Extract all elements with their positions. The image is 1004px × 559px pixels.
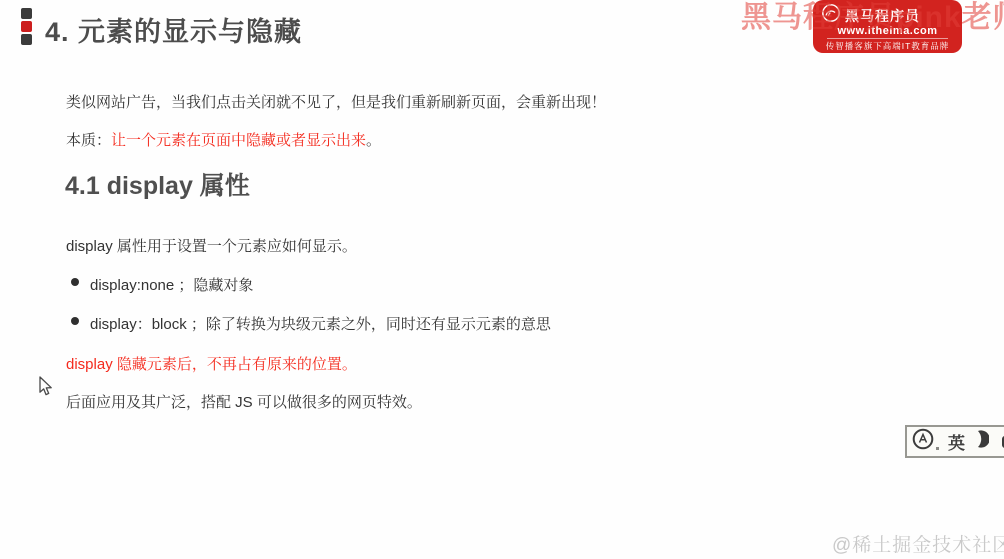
square-icon-middle (21, 21, 32, 32)
section-heading: 4.1 display 属性 (65, 166, 250, 202)
trademark-dot (936, 447, 939, 450)
brand-tagline: 传智播客旗下高端IT教育品牌 (813, 40, 962, 52)
page-title: 4. 元素的显示与隐藏 (45, 10, 302, 49)
badge-divider (827, 38, 948, 39)
intro-paragraph: 类似网站广告，当我们点击关闭就不见了，但是我们重新刷新页面，会重新出现！ (66, 91, 606, 112)
title-bullet-icon (21, 8, 32, 47)
bullet-dot (71, 317, 79, 325)
document-page: { "slide": { "title": "4. 元素的显示与隐藏", "in… (0, 0, 1004, 559)
outro-paragraph: 后面应用及其广泛，搭配 JS 可以做很多的网页特效。 (66, 391, 422, 412)
essence-paragraph: 本质：让一个元素在页面中隐藏或者显示出来。 (66, 129, 381, 150)
watermark-bottom: @稀土掘金技术社区 (832, 530, 1004, 557)
dictionary-app-icon[interactable] (912, 428, 934, 455)
display-note-red: display 隐藏元素后，不再占有原来的位置。 (66, 353, 357, 374)
square-icon-bottom (21, 34, 32, 45)
watermark-top: 黑马程序员pink老师 (741, 0, 1004, 36)
essence-period: 。 (366, 132, 381, 149)
list-item-display-none: display:none ；隐藏对象 (90, 274, 253, 295)
square-icon-top (21, 8, 32, 19)
essence-label: 本质： (66, 132, 111, 149)
translate-toolbar[interactable]: 英 (905, 425, 1004, 458)
crescent-moon-icon[interactable] (974, 430, 989, 453)
display-intro-paragraph: display 属性用于设置一个元素应如何显示。 (66, 235, 357, 256)
essence-highlight: 让一个元素在页面中隐藏或者显示出来 (111, 132, 366, 149)
mouse-cursor-icon (38, 376, 54, 402)
bullet-dot (71, 278, 79, 286)
language-label[interactable]: 英 (948, 429, 965, 454)
list-item-display-block: display：block ；除了转换为块级元素之外，同时还有显示元素的意思 (90, 313, 551, 334)
